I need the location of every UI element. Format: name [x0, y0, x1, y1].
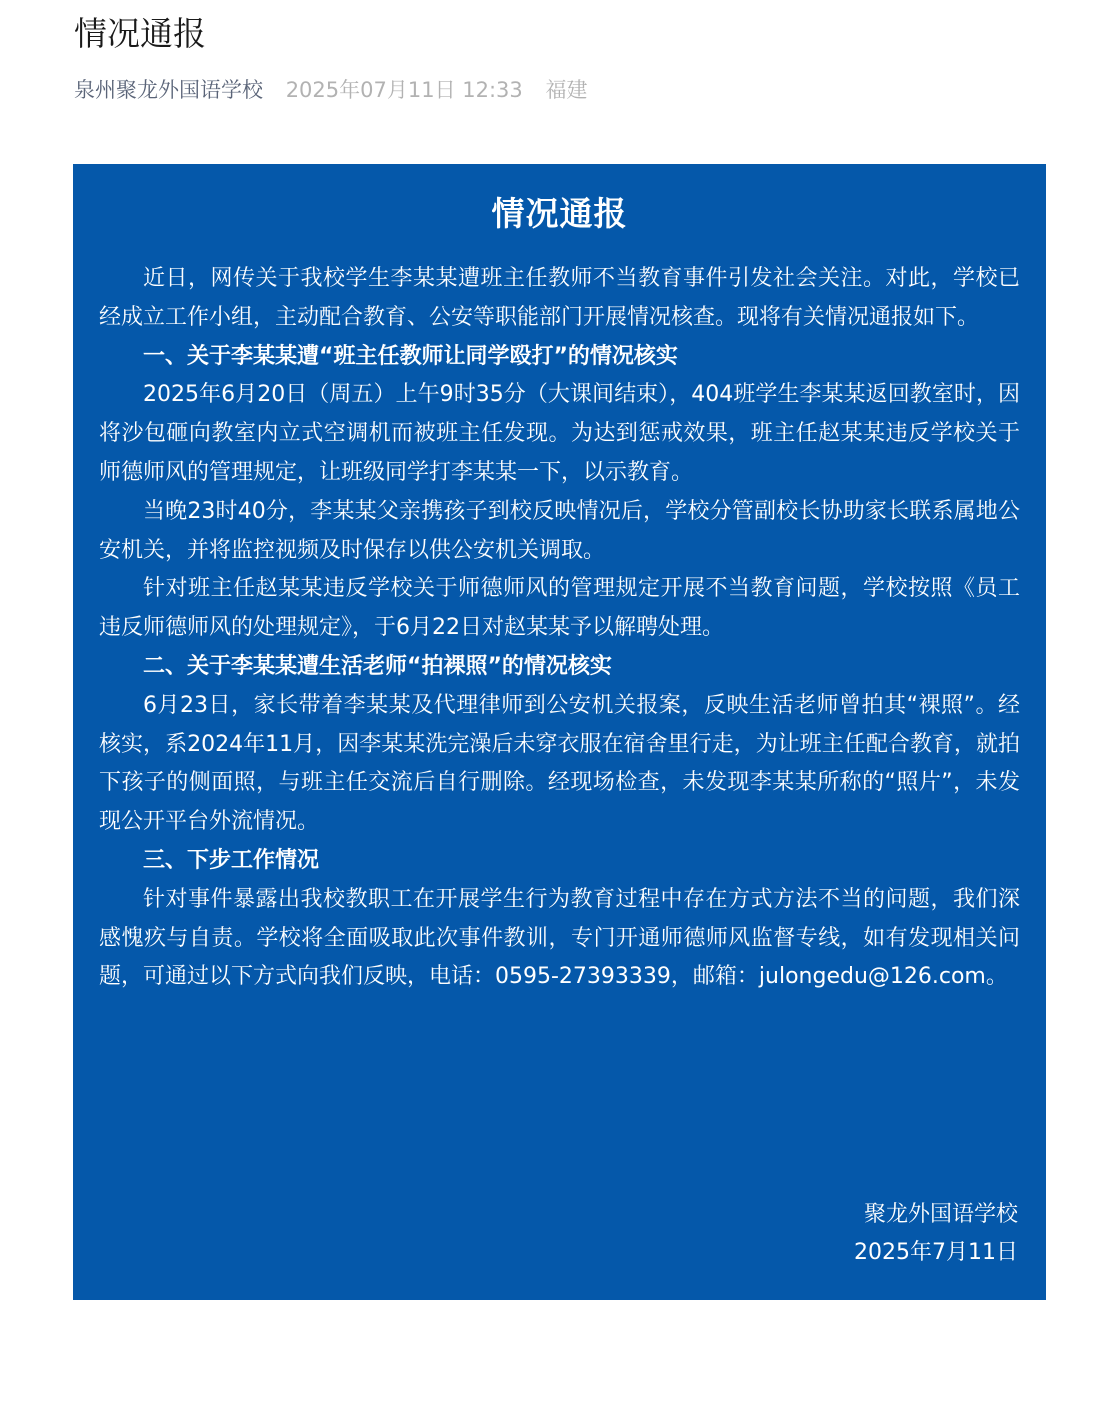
section-1-paragraph: 2025年6月20日（周五）上午9时35分（大课间结束），404班学生李某某返回… — [99, 376, 1020, 492]
publish-time: 2025年07月11日 12:33 — [286, 78, 523, 102]
notice-title: 情况通报 — [73, 192, 1046, 236]
section-1-paragraph: 当晚23时40分，李某某父亲携孩子到校反映情况后，学校分管副校长协助家长联系属地… — [99, 493, 1020, 571]
section-heading-2: 二、关于李某某遭生活老师“拍裸照”的情况核实 — [99, 648, 1020, 687]
notice-body: 近日，网传关于我校学生李某某遭班主任教师不当教育事件引发社会关注。对此，学校已经… — [99, 260, 1020, 997]
signature: 聚龙外国语学校 2025年7月11日 — [854, 1196, 1018, 1272]
section-heading-3: 三、下步工作情况 — [99, 842, 1020, 881]
section-3-paragraph: 针对事件暴露出我校教职工在开展学生行为教育过程中存在方式方法不当的问题，我们深感… — [99, 881, 1020, 997]
section-2-paragraph: 6月23日，家长带着李某某及代理律师到公安机关报案，反映生活老师曾拍其“裸照”。… — [99, 687, 1020, 842]
article-meta: 泉州聚龙外国语学校 2025年07月11日 12:33 福建 — [74, 75, 587, 105]
section-heading-1: 一、关于李某某遭“班主任教师让同学殴打”的情况核实 — [99, 338, 1020, 377]
location: 福建 — [545, 78, 587, 102]
intro-paragraph: 近日，网传关于我校学生李某某遭班主任教师不当教育事件引发社会关注。对此，学校已经… — [99, 260, 1020, 338]
section-1-paragraph: 针对班主任赵某某违反学校关于师德师风的管理规定开展不当教育问题，学校按照《员工违… — [99, 570, 1020, 648]
signature-org: 聚龙外国语学校 — [854, 1196, 1018, 1234]
notice-image: 情况通报 近日，网传关于我校学生李某某遭班主任教师不当教育事件引发社会关注。对此… — [73, 164, 1046, 1300]
signature-date: 2025年7月11日 — [854, 1234, 1018, 1272]
article-title: 情况通报 — [74, 12, 206, 56]
author-link[interactable]: 泉州聚龙外国语学校 — [74, 78, 263, 102]
